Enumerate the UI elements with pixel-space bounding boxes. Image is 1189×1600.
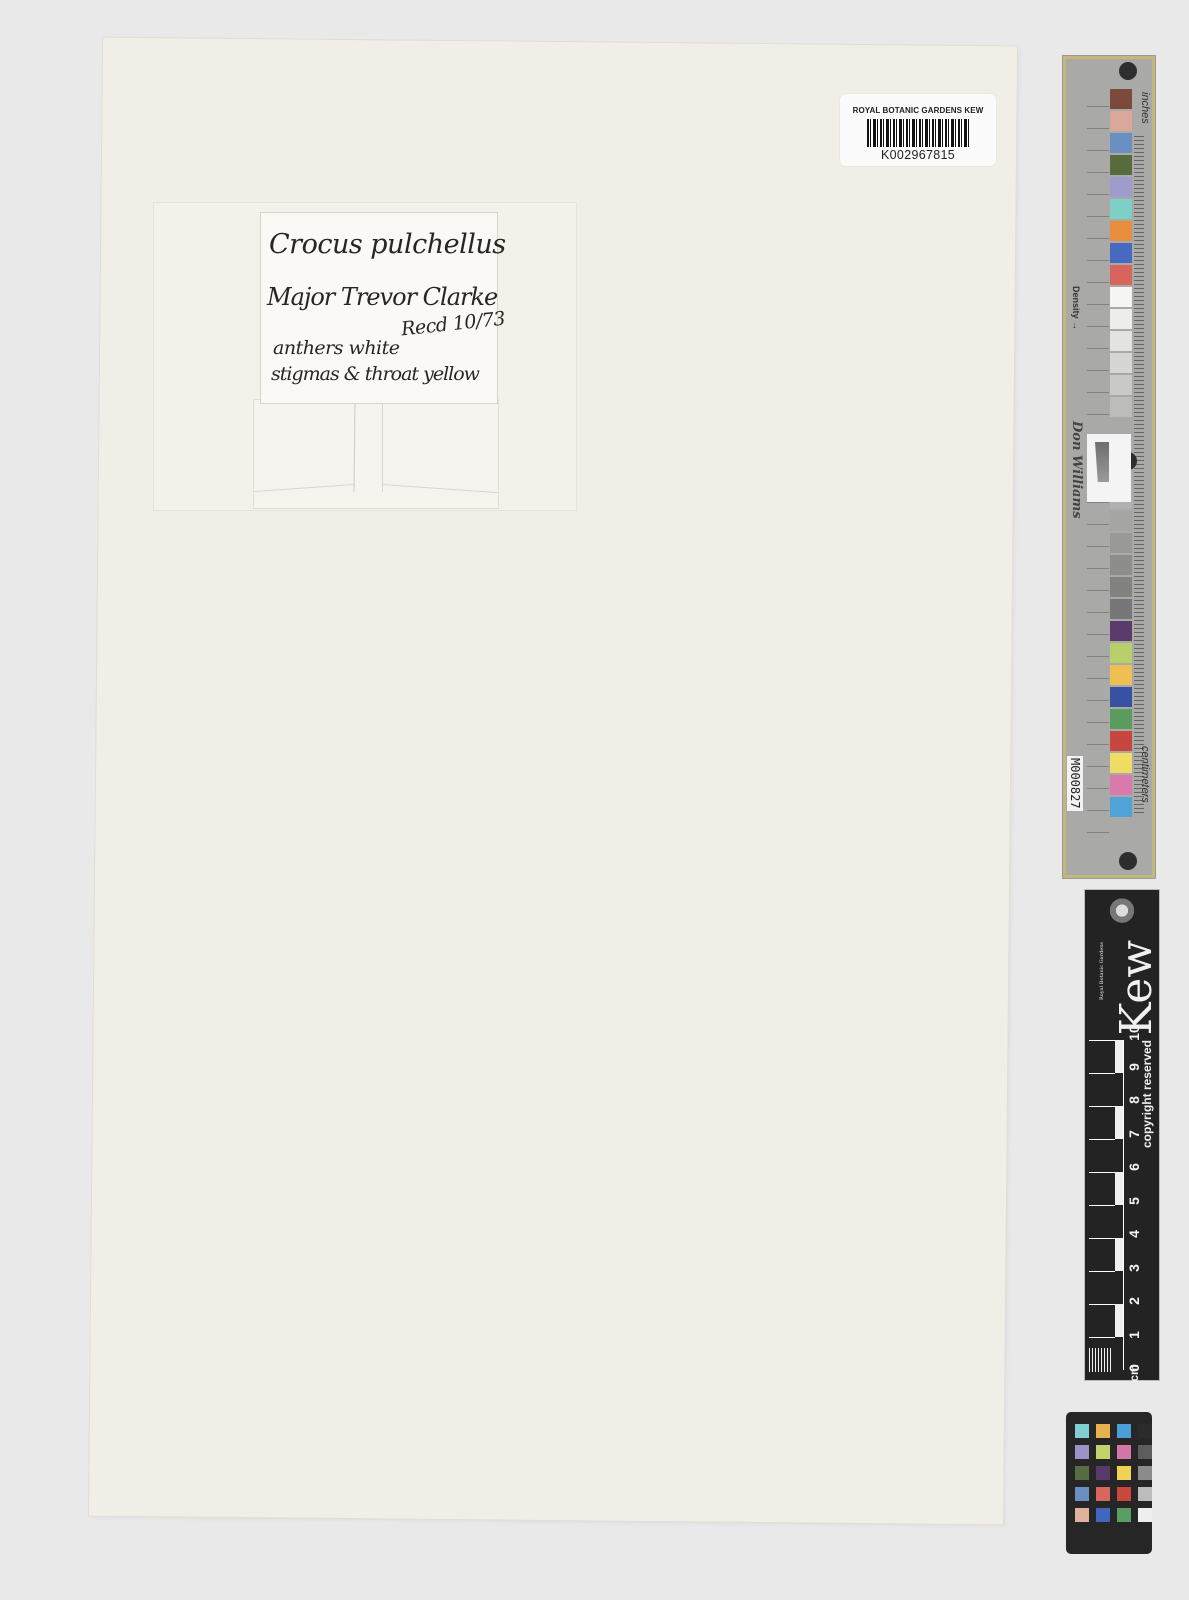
color-swatch (1075, 1466, 1089, 1480)
color-patch (1110, 199, 1132, 219)
color-patch (1110, 709, 1132, 729)
color-swatch (1075, 1487, 1089, 1501)
color-patch (1110, 287, 1132, 307)
color-patch (1110, 309, 1132, 329)
color-patch (1110, 221, 1132, 241)
brand-label: Don Williams (1069, 421, 1084, 519)
color-patch (1110, 133, 1132, 153)
sub-brand: Royal Botanic Gardens (1099, 942, 1105, 1000)
color-swatch (1075, 1424, 1089, 1438)
color-swatch (1117, 1424, 1131, 1438)
color-patch (1110, 111, 1132, 131)
color-patch (1110, 397, 1132, 417)
color-patch (1110, 577, 1132, 597)
ruler-tick-label: 6 (1126, 1158, 1142, 1176)
label-line-stigmas: stigmas & throat yellow (271, 363, 479, 385)
color-swatch (1096, 1424, 1110, 1438)
color-swatch (1117, 1445, 1131, 1459)
color-swatch (1096, 1508, 1110, 1522)
color-swatch (1075, 1508, 1089, 1522)
hole-icon (1119, 852, 1137, 870)
specimen-packet-flap (254, 400, 498, 508)
color-patch (1110, 177, 1132, 197)
color-swatch (1117, 1487, 1131, 1501)
color-patch (1110, 353, 1132, 373)
color-patch (1110, 511, 1132, 531)
packet-fold (254, 484, 354, 492)
label-line-date: Recd 10/73 (400, 308, 506, 341)
kew-scale-ruler: Royal Botanic Gardens Kew copyright rese… (1085, 890, 1159, 1380)
label-line-anthers: anthers white (273, 337, 400, 359)
ruler-numbers: 012345678910cm (1125, 1040, 1143, 1380)
color-swatch (1138, 1508, 1152, 1522)
color-patch (1110, 687, 1132, 707)
color-patch (1110, 599, 1132, 619)
color-patch (1110, 753, 1132, 773)
ruler-tick-label: 10 (1126, 1024, 1142, 1042)
color-patch (1110, 533, 1132, 553)
color-patch (1110, 643, 1132, 663)
color-patch (1110, 775, 1132, 795)
color-patch (1110, 665, 1132, 685)
packet-seam (354, 400, 356, 492)
ruler-tick-label: 4 (1126, 1225, 1142, 1243)
color-swatch (1138, 1466, 1152, 1480)
color-patch (1110, 243, 1132, 263)
color-checker-card (1066, 1412, 1152, 1554)
color-patch (1110, 375, 1132, 395)
color-patch (1110, 89, 1132, 109)
mm-ticks (1089, 1348, 1113, 1372)
kew-logo: Kew (1111, 940, 1162, 1035)
ruler-tick-label: 3 (1126, 1259, 1142, 1277)
color-patch (1110, 331, 1132, 351)
crest-icon (1109, 898, 1135, 926)
color-patch (1110, 621, 1132, 641)
color-swatch (1138, 1445, 1152, 1459)
ruler-tick-label: 7 (1126, 1125, 1142, 1143)
color-swatch (1117, 1466, 1131, 1480)
color-patch (1110, 731, 1132, 751)
inch-scale (1134, 136, 1144, 816)
label-line-collector: Major Trevor Clarke (267, 283, 497, 311)
color-swatch (1096, 1487, 1110, 1501)
ruler-tick-label: 5 (1126, 1192, 1142, 1210)
ruler-unit-label: cm (1127, 1364, 1141, 1382)
color-swatch (1075, 1445, 1089, 1459)
barcode-number: K002967815 (840, 148, 996, 162)
ruler-tick-label: 8 (1126, 1091, 1142, 1109)
ruler-tick-label: 1 (1126, 1326, 1142, 1344)
barcode-label: ROYAL BOTANIC GARDENS KEW K002967815 (840, 94, 996, 166)
serial-number: M000827 (1067, 756, 1083, 811)
color-checker-grid (1075, 1424, 1152, 1522)
ruler-tick-label: 9 (1126, 1058, 1142, 1076)
color-swatch (1096, 1445, 1110, 1459)
ruler-tick-label: 2 (1126, 1292, 1142, 1310)
color-patch (1110, 555, 1132, 575)
color-swatch (1117, 1508, 1131, 1522)
color-swatch (1138, 1487, 1152, 1501)
color-density-bar: inches Density → Don Williams centimeter… (1063, 56, 1155, 878)
color-patch (1110, 265, 1132, 285)
hole-icon (1119, 62, 1137, 80)
packet-seam (382, 400, 383, 492)
color-patch (1110, 797, 1132, 817)
ruler-alternating (1115, 1040, 1123, 1370)
density-label: Density → (1071, 286, 1081, 330)
gray-wedge (1087, 434, 1131, 502)
units-centimeters: centimeters (1139, 746, 1151, 803)
color-patch (1110, 155, 1132, 175)
units-inches: inches (1139, 92, 1151, 124)
barcode-icon (867, 119, 969, 147)
packet-fold (382, 484, 498, 493)
label-line-taxon: Crocus pulchellus (269, 229, 506, 260)
institution-name: ROYAL BOTANIC GARDENS KEW (840, 106, 996, 115)
color-swatch (1096, 1466, 1110, 1480)
handwritten-label: Crocus pulchellus Major Trevor Clarke Re… (261, 213, 497, 403)
color-swatch (1138, 1424, 1152, 1438)
